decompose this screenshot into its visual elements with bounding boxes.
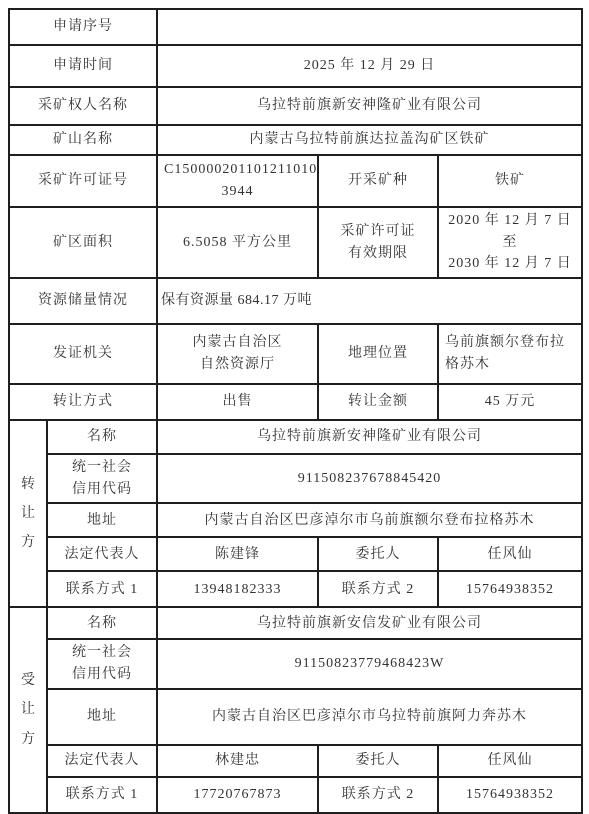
mineral-value-cell: 铁矿: [438, 155, 582, 207]
mineral-label-cell: 开采矿种: [318, 155, 438, 207]
reserves-value-cell: 保有资源量 684.17 万吨: [157, 278, 582, 324]
table-row: 统一社会 信用代码 91150823779468423W: [9, 639, 582, 688]
table-row: 转 让 方 名称 乌拉特前旗新安神隆矿业有限公司: [9, 420, 582, 454]
authority-value-cell: 内蒙古自治区 自然资源厅: [157, 324, 318, 384]
transferor-name-label-cell: 名称: [47, 420, 157, 454]
transferee-credit-code-label-cell: 统一社会 信用代码: [47, 639, 157, 688]
table-row: 矿山名称 内蒙古乌拉特前旗达拉盖沟矿区铁矿: [9, 125, 582, 155]
transferor-credit-code-label-cell: 统一社会 信用代码: [47, 454, 157, 503]
document-page: 申请序号 申请时间 2025 年 12 月 29 日 采矿权人名称 乌拉特前旗新…: [0, 0, 589, 796]
transferor-legal-rep-label-cell: 法定代表人: [47, 537, 157, 571]
table-row: 受 让 方 名称 乌拉特前旗新安信发矿业有限公司: [9, 607, 582, 639]
transferee-credit-code-value-cell: 91150823779468423W: [157, 639, 582, 688]
transferee-agent-value-cell: 任风仙: [438, 745, 582, 777]
transferor-address-value-cell: 内蒙古自治区巴彦淖尔市乌前旗额尔登布拉格苏木: [157, 503, 582, 537]
table-row: 资源储量情况 保有资源量 684.17 万吨: [9, 278, 582, 324]
transferee-side-label-cell: 受 让 方: [9, 607, 47, 812]
authority-label-cell: 发证机关: [9, 324, 157, 384]
table-row: 申请时间 2025 年 12 月 29 日: [9, 45, 582, 87]
serial-label-cell: 申请序号: [9, 9, 157, 45]
mine-name-value-cell: 内蒙古乌拉特前旗达拉盖沟矿区铁矿: [157, 125, 582, 155]
reserves-label-cell: 资源储量情况: [9, 278, 157, 324]
table-row: 地址 内蒙古自治区巴彦淖尔市乌前旗额尔登布拉格苏木: [9, 503, 582, 537]
transfer-mode-value-cell: 出售: [157, 384, 318, 420]
transferee-contact1-label-cell: 联系方式 1: [47, 777, 157, 813]
transferor-legal-rep-value-cell: 陈建锋: [157, 537, 318, 571]
transferee-address-value-cell: 内蒙古自治区巴彦淖尔市乌拉特前旗阿力奔苏木: [157, 689, 582, 745]
table-row: 地址 内蒙古自治区巴彦淖尔市乌拉特前旗阿力奔苏木: [9, 689, 582, 745]
table-row: 申请序号: [9, 9, 582, 45]
area-label-cell: 矿区面积: [9, 207, 157, 278]
transferor-side-label-cell: 转 让 方: [9, 420, 47, 607]
transferee-address-label-cell: 地址: [47, 689, 157, 745]
table-row: 转让方式 出售 转让金额 45 万元: [9, 384, 582, 420]
transferor-contact2-label-cell: 联系方式 2: [318, 571, 438, 607]
transferor-address-label-cell: 地址: [47, 503, 157, 537]
licensee-value-cell: 乌拉特前旗新安神隆矿业有限公司: [157, 87, 582, 125]
table-row: 法定代表人 陈建锋 委托人 任风仙: [9, 537, 582, 571]
transferor-contact1-label-cell: 联系方式 1: [47, 571, 157, 607]
apply-time-value-cell: 2025 年 12 月 29 日: [157, 45, 582, 87]
transferee-contact2-value-cell: 15764938352: [438, 777, 582, 813]
transferee-name-value-cell: 乌拉特前旗新安信发矿业有限公司: [157, 607, 582, 639]
table-row: 联系方式 1 13948182333 联系方式 2 15764938352: [9, 571, 582, 607]
transferee-contact1-value-cell: 17720767873: [157, 777, 318, 813]
transferor-agent-label-cell: 委托人: [318, 537, 438, 571]
table-row: 矿区面积 6.5058 平方公里 采矿许可证 有效期限 2020 年 12 月 …: [9, 207, 582, 278]
location-value-cell: 乌前旗额尔登布拉格苏木: [438, 324, 582, 384]
transferor-contact1-value-cell: 13948182333: [157, 571, 318, 607]
table-row: 采矿许可证号 C150000201101211010 3944 开采矿种 铁矿: [9, 155, 582, 207]
transferee-legal-rep-value-cell: 林建忠: [157, 745, 318, 777]
mine-name-label-cell: 矿山名称: [9, 125, 157, 155]
license-no-value-cell: C150000201101211010 3944: [157, 155, 318, 207]
transferee-legal-rep-label-cell: 法定代表人: [47, 745, 157, 777]
apply-time-label-cell: 申请时间: [9, 45, 157, 87]
transferor-contact2-value-cell: 15764938352: [438, 571, 582, 607]
transfer-mode-label-cell: 转让方式: [9, 384, 157, 420]
area-value-cell: 6.5058 平方公里: [157, 207, 318, 278]
table-row: 发证机关 内蒙古自治区 自然资源厅 地理位置 乌前旗额尔登布拉格苏木: [9, 324, 582, 384]
transfer-amount-value-cell: 45 万元: [438, 384, 582, 420]
license-no-label-cell: 采矿许可证号: [9, 155, 157, 207]
transferor-name-value-cell: 乌拉特前旗新安神隆矿业有限公司: [157, 420, 582, 454]
transferee-agent-label-cell: 委托人: [318, 745, 438, 777]
transferor-agent-value-cell: 任风仙: [438, 537, 582, 571]
table-row: 统一社会 信用代码 911508237678845420: [9, 454, 582, 503]
transfer-amount-label-cell: 转让金额: [318, 384, 438, 420]
mining-transfer-application-table: 申请序号 申请时间 2025 年 12 月 29 日 采矿权人名称 乌拉特前旗新…: [8, 8, 583, 814]
transferee-name-label-cell: 名称: [47, 607, 157, 639]
table-row: 采矿权人名称 乌拉特前旗新安神隆矿业有限公司: [9, 87, 582, 125]
transferor-credit-code-value-cell: 911508237678845420: [157, 454, 582, 503]
table-row: 法定代表人 林建忠 委托人 任风仙: [9, 745, 582, 777]
validity-label-cell: 采矿许可证 有效期限: [318, 207, 438, 278]
serial-value-cell: [157, 9, 582, 45]
validity-value-cell: 2020 年 12 月 7 日至 2030 年 12 月 7 日: [438, 207, 582, 278]
transferee-contact2-label-cell: 联系方式 2: [318, 777, 438, 813]
location-label-cell: 地理位置: [318, 324, 438, 384]
table-row: 联系方式 1 17720767873 联系方式 2 15764938352: [9, 777, 582, 813]
licensee-label-cell: 采矿权人名称: [9, 87, 157, 125]
